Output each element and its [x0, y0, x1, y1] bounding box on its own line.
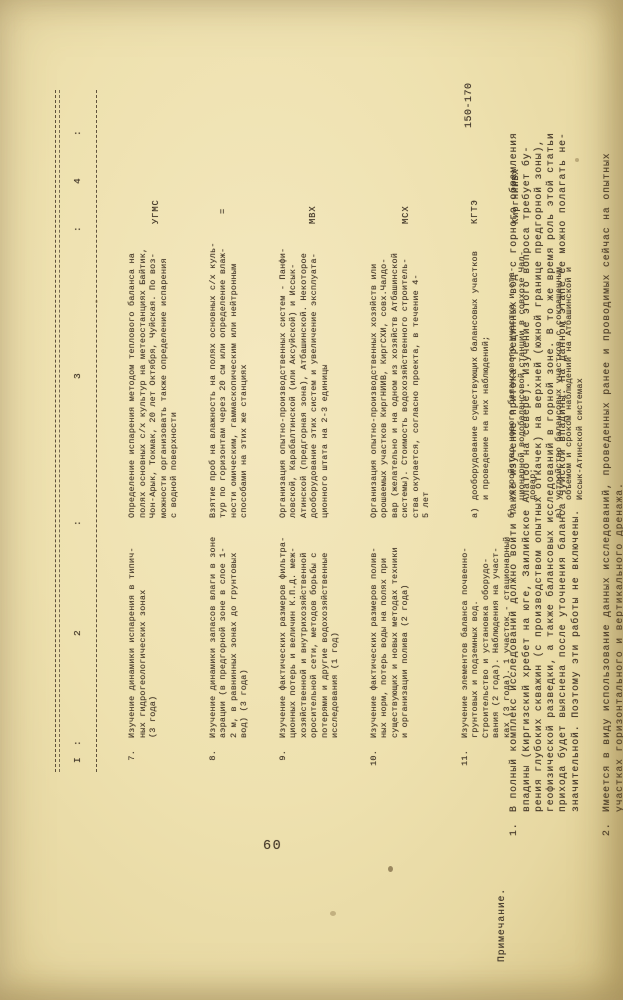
- column-header-2: 2: [73, 528, 84, 738]
- column-header-4: 4: [73, 138, 84, 224]
- paper-speck: [388, 866, 393, 872]
- row-task: Изучение динамики испарения в типич- ных…: [127, 528, 180, 738]
- row-number: 8.: [208, 748, 250, 772]
- row-org: КГТЭ: [470, 132, 481, 224]
- note-block: Примечание. 1. В полный комплекс исследо…: [496, 32, 623, 962]
- column-header-3: 3: [73, 234, 84, 518]
- table-row-10: 10. Изучение фактических размеров полив-…: [369, 124, 432, 772]
- column-separator: :: [73, 518, 84, 528]
- row-number: 7.: [127, 748, 180, 772]
- note-item-text: В полный комплекс исследований должно во…: [508, 24, 582, 812]
- note-item-number: 2.: [601, 812, 623, 836]
- row-task: Изучение фактических размеров фильтра- ц…: [278, 528, 341, 738]
- table-header-rule: [96, 90, 97, 772]
- paper-speck: [330, 911, 336, 916]
- note-item-2: 2. Имеется в виду использование данных и…: [601, 24, 623, 836]
- row-org: МВХ: [308, 132, 319, 224]
- subitem-text: дооборудование существующих балансовых у…: [470, 251, 491, 500]
- column-separator: :: [73, 224, 84, 234]
- doc-ref: 150-170: [464, 82, 475, 128]
- rotated-content: I : 2 : 3 : 4 : 7. Изучение динамики исп…: [0, 0, 623, 1000]
- scanned-page: I : 2 : 3 : 4 : 7. Изучение динамики исп…: [0, 0, 623, 1000]
- table-top-rule: [55, 90, 60, 772]
- note-item-text: Имеется в виду использование данных иссл…: [601, 24, 623, 812]
- row-org: МСХ: [401, 132, 412, 224]
- note-label: Примечание.: [496, 836, 623, 962]
- row-details: Организация опытно-производственных хозя…: [369, 234, 432, 518]
- paper-speck: [575, 158, 579, 162]
- column-separator: :: [73, 738, 84, 748]
- row-details: Определение испарения методом теплового …: [127, 234, 180, 518]
- row-number: 10.: [369, 748, 432, 772]
- row-task: Изучение динамики запасов влаги в зоне а…: [208, 528, 250, 738]
- paper-speck: [95, 300, 98, 303]
- subitem-label: а): [470, 500, 491, 518]
- row-org: УГМС: [151, 132, 162, 224]
- note-item-number: 1.: [508, 812, 582, 836]
- subitem-a: а) дооборудование существующих балансовы…: [470, 234, 491, 518]
- page-number: 60: [263, 839, 282, 854]
- table-row-8: 8. Изучение динамики запасов влаги в зон…: [208, 124, 250, 772]
- note-items: 1. В полный комплекс исследований должно…: [496, 24, 623, 836]
- row-task: Изучение фактических размеров полив- ных…: [369, 528, 432, 738]
- column-separator: :: [73, 128, 84, 138]
- row-details: Организация опытно-производственных сист…: [278, 234, 341, 518]
- note-item-1: 1. В полный комплекс исследований должно…: [508, 24, 582, 836]
- row-org-ditto: =: [218, 132, 229, 224]
- row-number: 9.: [278, 748, 341, 772]
- column-header-1: I: [73, 748, 84, 772]
- table-row-7: 7. Изучение динамики испарения в типич- …: [127, 124, 180, 772]
- row-details: Взятие проб на влажность на полях основн…: [208, 234, 250, 518]
- table-header-row: I : 2 : 3 : 4 :: [72, 124, 86, 772]
- table-row-9: 9. Изучение фактических размеров фильтра…: [278, 124, 341, 772]
